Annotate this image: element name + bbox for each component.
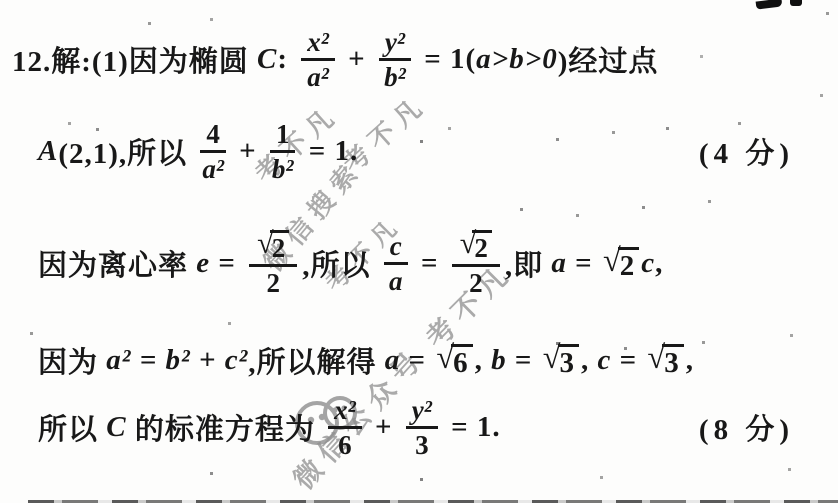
fraction: x²6 <box>328 396 362 460</box>
text-run: + <box>367 411 401 444</box>
text-run: )经过点 <box>558 39 659 80</box>
text-run: , <box>655 247 663 280</box>
text-run: = <box>611 344 645 377</box>
text-run: = <box>413 247 447 280</box>
text-run: 因为 <box>38 340 106 381</box>
text-run: 所以 <box>38 407 106 448</box>
text-run: = <box>210 247 244 280</box>
fraction: y²b² <box>379 28 411 92</box>
sqrt-expression: √2 <box>257 230 289 262</box>
text-run: C <box>106 411 126 444</box>
fraction: 4a² <box>200 120 226 184</box>
fraction-numerator: c <box>384 232 408 265</box>
cut-off-text-fragment <box>756 0 783 10</box>
fraction-denominator: b² <box>272 153 294 183</box>
text-run: ,所以 <box>302 243 379 284</box>
text-run: (2,1),所以 <box>58 131 195 172</box>
fraction: √22 <box>452 230 500 297</box>
text-run: = 1. <box>300 135 358 168</box>
sqrt-expression: √6 <box>436 344 472 378</box>
text-run: b <box>491 344 507 377</box>
text-run: , <box>686 344 694 377</box>
score-label: (4 分) <box>699 131 794 172</box>
fraction-denominator: 6 <box>338 429 352 459</box>
fraction-denominator: 2 <box>469 267 483 297</box>
fraction-numerator: y² <box>379 28 411 61</box>
solution-line-3: 因为离心率 e = √22,所以 ca = √22,即 a = √2c, <box>38 230 663 297</box>
text-run: 因为离心率 <box>38 243 196 284</box>
solution-line-2: A(2,1),所以 4a² + 1b² = 1.(4 分) <box>38 120 794 184</box>
sqrt-expression: √3 <box>647 344 683 378</box>
fraction: y²3 <box>406 396 438 460</box>
text-run: 的标准方程为 <box>127 407 324 448</box>
cut-off-text-fragment <box>790 0 802 6</box>
text-run: C <box>257 43 277 76</box>
radical-sign: √ <box>647 343 666 374</box>
text-run: = <box>400 344 434 377</box>
fraction: 1b² <box>270 120 296 184</box>
text-run: , <box>475 344 492 377</box>
fraction-numerator: 4 <box>200 120 226 153</box>
text-run: = <box>567 247 601 280</box>
fraction: x²a² <box>301 28 335 92</box>
text-run: + <box>340 43 374 76</box>
sqrt-expression: √2 <box>460 230 492 262</box>
solution-line-4: 因为 a² = b² + c²,所以解得 a = √6, b = √3, c =… <box>38 340 694 381</box>
fraction: √22 <box>249 230 297 297</box>
text-run: ,即 <box>505 243 552 284</box>
text-run: = 1. <box>443 411 501 444</box>
fraction-numerator: 1 <box>270 120 296 153</box>
sqrt-expression: √2 <box>603 247 639 281</box>
radical-sign: √ <box>436 343 455 374</box>
solution-line-5: 所以 C 的标准方程为 x²6 + y²3 = 1.(8 分) <box>38 396 794 460</box>
scanned-solution-page: 考不凡考不凡微信搜索考不凡微信公众号考不凡 12.解:(1)因为椭圆 C: x²… <box>0 0 838 503</box>
text-run: a>b>0 <box>476 43 558 76</box>
fraction-denominator: a <box>389 265 403 295</box>
solution-line-1: 12.解:(1)因为椭圆 C: x²a² + y²b² = 1(a>b>0)经过… <box>12 28 658 92</box>
text-run: e <box>196 247 210 280</box>
text-run: a <box>385 344 401 377</box>
fraction-denominator: 2 <box>266 267 280 297</box>
radical-sign: √ <box>603 246 622 277</box>
fraction-numerator: y² <box>406 396 438 429</box>
fraction-denominator: 3 <box>415 429 429 459</box>
text-run: = <box>507 344 541 377</box>
text-run: , <box>581 344 598 377</box>
text-run: = 1( <box>416 43 476 76</box>
radical-sign: √ <box>460 229 477 258</box>
radical-sign: √ <box>257 229 274 258</box>
text-run: a <box>551 247 567 280</box>
fraction-numerator: x² <box>328 396 362 429</box>
text-run: A <box>38 135 58 168</box>
text-run: 12.解:(1)因为椭圆 <box>12 39 257 80</box>
fraction-numerator: √2 <box>452 230 500 267</box>
fraction: ca <box>384 232 408 296</box>
fraction-numerator: x² <box>301 28 335 61</box>
score-label: (8 分) <box>699 407 794 448</box>
text-run: + <box>231 135 265 168</box>
fraction-denominator: a² <box>307 61 329 91</box>
sqrt-expression: √3 <box>543 344 579 378</box>
text-run: ,所以解得 <box>248 340 385 381</box>
text-run: c <box>641 247 655 280</box>
fraction-denominator: b² <box>384 61 406 91</box>
text-run: : <box>277 43 296 76</box>
fraction-denominator: a² <box>202 153 224 183</box>
radical-sign: √ <box>543 343 562 374</box>
scan-noise <box>0 0 3 3</box>
fraction-numerator: √2 <box>249 230 297 267</box>
text-run: a² = b² + c² <box>106 344 248 377</box>
text-run: c <box>598 344 612 377</box>
